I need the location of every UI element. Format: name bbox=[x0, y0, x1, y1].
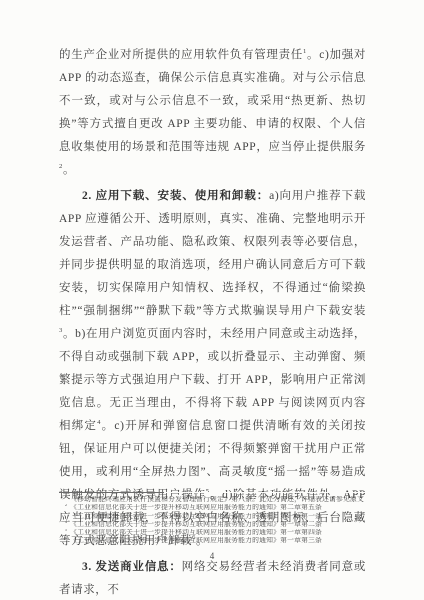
footnote-item: 4《工业和信息化部关于进一步提升移动互联网应用服务能力的通知》第一章第二条 bbox=[59, 521, 366, 529]
document-page: 的生产企业对所提供的应用软件负有管理责任1。c)加强对 APP 的动态巡查，确保… bbox=[0, 0, 424, 600]
paragraph-text: 。b)在用户浏览页面内容时，未经用户同意或主动选择，不得自动或强制下载 APP，… bbox=[59, 328, 366, 432]
footnote-item: 3《工业和信息化部关于进一步提升移动互联网应用服务能力的通知》第一章第一条 bbox=[59, 513, 366, 521]
footnote-text: 《工业和信息化部关于进一步提升移动互联网应用服务能力的通知》第一章第二条 bbox=[70, 521, 322, 528]
footnote-section: 1《移动智能终端应用软件预置和分发管理暂行规定》第八条。此处为简述，详细表述请参… bbox=[59, 492, 366, 546]
paragraph-text: 。 bbox=[63, 164, 75, 176]
paragraph-text: a)向用户推荐下载 APP 应遵循公开、透明原则，真实、准确、完整地明示开发运营… bbox=[59, 190, 366, 317]
paragraph: 的生产企业对所提供的应用软件负有管理责任1。c)加强对 APP 的动态巡查，确保… bbox=[59, 44, 366, 182]
footnote-number: 6 bbox=[65, 537, 67, 540]
footnote-text: 《工业和信息化部关于进一步提升移动互联网应用服务能力的通知》第二章第五条 bbox=[70, 504, 322, 511]
paragraph-lead: 2. 应用下载、安装、使用和卸载： bbox=[82, 190, 269, 202]
footnote-text: 《工业和信息化部关于进一步提升移动互联网应用服务能力的通知》第一章第四条 bbox=[70, 529, 322, 536]
footnote-item: 5《工业和信息化部关于进一步提升移动互联网应用服务能力的通知》第一章第四条 bbox=[59, 529, 366, 537]
paragraph-text: 。c)加强对 APP 的动态巡查，确保公示信息真实准确。对与公示信息不一致，或对… bbox=[59, 49, 366, 153]
footnote-number: 2 bbox=[65, 504, 67, 507]
paragraph-text: 的生产企业对所提供的应用软件负有管理责任 bbox=[59, 49, 303, 61]
footnote-item: 1《移动智能终端应用软件预置和分发管理暂行规定》第八条。此处为简述，详细表述请参… bbox=[59, 496, 366, 504]
page-number: 4 bbox=[0, 551, 424, 561]
footnote-number: 4 bbox=[65, 521, 67, 524]
footnote-number: 3 bbox=[65, 513, 67, 516]
footnote-item: 6《工业和信息化部关于进一步提升移动互联网应用服务能力的通知》第一章第三条 bbox=[59, 537, 366, 545]
footnote-text: 《移动智能终端应用软件预置和分发管理暂行规定》第八条。此处为简述，详细表述请参见… bbox=[70, 496, 364, 503]
footnote-text: 《工业和信息化部关于进一步提升移动互联网应用服务能力的通知》第一章第三条 bbox=[70, 537, 322, 544]
footnote-item: 2《工业和信息化部关于进一步提升移动互联网应用服务能力的通知》第二章第五条 bbox=[59, 504, 366, 512]
paragraph: 3. 发送商业信息：网络交易经营者未经消费者同意或者请求，不 bbox=[59, 556, 366, 600]
footnote-text: 《工业和信息化部关于进一步提升移动互联网应用服务能力的通知》第一章第一条 bbox=[70, 513, 322, 520]
footnote-number: 1 bbox=[65, 496, 67, 499]
paragraph-lead: 3. 发送商业信息： bbox=[82, 561, 182, 573]
footnote-number: 5 bbox=[65, 529, 67, 532]
